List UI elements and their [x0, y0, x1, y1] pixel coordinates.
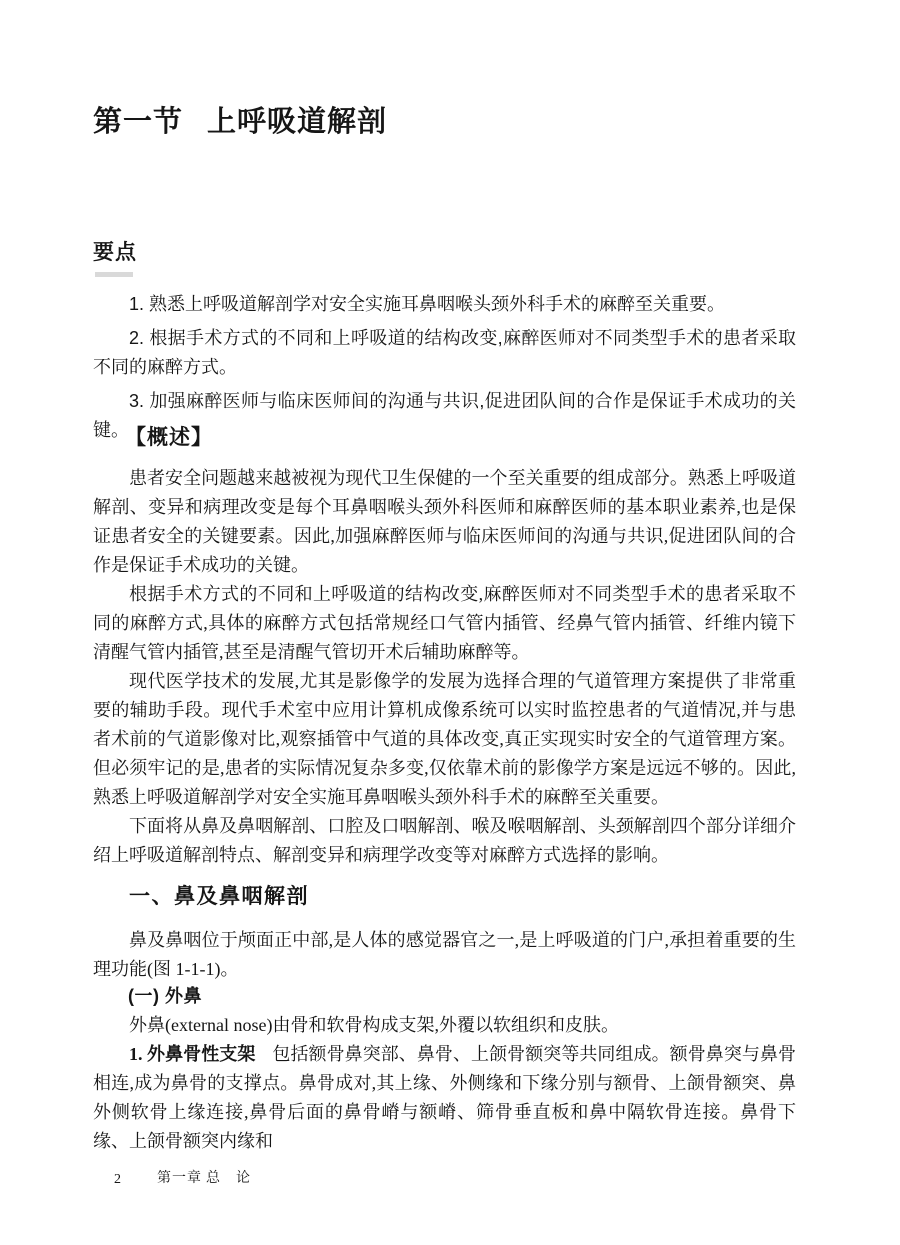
section-title-number: 第一节: [93, 106, 183, 138]
nose-section-intro: 鼻及鼻咽位于颅面正中部,是人体的感觉器官之一,是上呼吸道的门户,承担着重要的生理…: [93, 926, 796, 984]
section-title-text: 上呼吸道解剖: [207, 106, 387, 138]
body-paragraph: 根据手术方式的不同和上呼吸道的结构改变,麻醉医师对不同类型手术的患者采取不同的麻…: [93, 580, 796, 667]
key-point-item: 1. 熟悉上呼吸道解剖学对安全实施耳鼻咽喉头颈外科手术的麻醉至关重要。: [93, 290, 796, 319]
footer-chapter-label: 第一章: [157, 1172, 202, 1186]
external-nose-heading: (一) 外鼻: [128, 987, 202, 1005]
body-paragraph: 外鼻(external nose)由骨和软骨构成支架,外覆以软组织和皮肤。: [93, 1011, 796, 1040]
key-point-item: 2. 根据手术方式的不同和上呼吸道的结构改变,麻醉医师对不同类型手术的患者采取不…: [93, 324, 796, 382]
body-paragraph: 鼻及鼻咽位于颅面正中部,是人体的感觉器官之一,是上呼吸道的门户,承担着重要的生理…: [93, 926, 796, 984]
body-paragraph: 下面将从鼻及鼻咽解剖、口腔及口咽解剖、喉及喉咽解剖、头颈解剖四个部分详细介绍上呼…: [93, 812, 796, 870]
keypoints-divider-bar: [95, 272, 133, 277]
book-page: 第一节上呼吸道解剖 要点 1. 熟悉上呼吸道解剖学对安全实施耳鼻咽喉头颈外科手术…: [0, 0, 900, 1245]
keypoints-list: 1. 熟悉上呼吸道解剖学对安全实施耳鼻咽喉头颈外科手术的麻醉至关重要。 2. 根…: [93, 290, 796, 445]
page-number: 2: [114, 1173, 121, 1187]
bony-framework-label: 1. 外鼻骨性支架: [129, 1044, 255, 1064]
body-paragraph: 患者安全问题越来越被视为现代卫生保健的一个至关重要的组成部分。熟悉上呼吸道解剖、…: [93, 464, 796, 580]
body-paragraph: 1. 外鼻骨性支架包括额骨鼻突部、鼻骨、上颌骨额突等共同组成。额骨鼻突与鼻骨相连…: [93, 1040, 796, 1156]
overview-body: 患者安全问题越来越被视为现代卫生保健的一个至关重要的组成部分。熟悉上呼吸道解剖、…: [93, 464, 796, 870]
keypoints-heading: 要点: [93, 242, 137, 263]
footer-chapter-title: 总 论: [206, 1172, 251, 1186]
page-footer: 2 第一章 总 论: [0, 1172, 900, 1192]
overview-heading: 【概述】: [125, 427, 213, 448]
nose-section-heading: 一、鼻及鼻咽解剖: [129, 886, 309, 907]
section-title: 第一节上呼吸道解剖: [93, 108, 387, 137]
body-paragraph: 现代医学技术的发展,尤其是影像学的发展为选择合理的气道管理方案提供了非常重要的辅…: [93, 667, 796, 812]
external-nose-body: 外鼻(external nose)由骨和软骨构成支架,外覆以软组织和皮肤。 1.…: [93, 1011, 796, 1156]
